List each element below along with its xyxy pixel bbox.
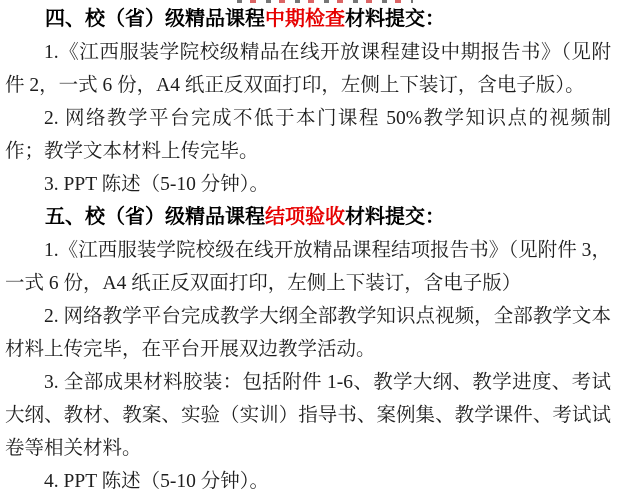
heading-highlight-midterm: 中期检查 bbox=[265, 8, 345, 30]
section-final-acceptance: 五、校（省）级精品课程结项验收材料提交： 1.《江西服装学院校级在线开放精品课程… bbox=[5, 201, 611, 498]
paragraph-midterm-item-3: 3. PPT 陈述（5-10 分钟）。 bbox=[5, 168, 611, 201]
paragraph-final-item-1: 1.《江西服装学院校级在线开放精品课程结项报告书》（见附件 3，一式 6 份，A… bbox=[5, 234, 611, 300]
section-midterm-review: 四、校（省）级精品课程中期检查材料提交： 1.《江西服装学院校级精品在线开放课程… bbox=[5, 3, 611, 201]
document-page: { "page": { "background": "#ffffff", "bo… bbox=[0, 0, 617, 504]
heading-text-prefix: 四、校（省）级精品课程 bbox=[45, 8, 265, 30]
heading-text-suffix: 材料提交： bbox=[345, 206, 445, 228]
cropped-text-remnant bbox=[237, 0, 413, 3]
document-body: 四、校（省）级精品课程中期检查材料提交： 1.《江西服装学院校级精品在线开放课程… bbox=[0, 0, 617, 504]
paragraph-final-item-3: 3. 全部成果材料胶装：包括附件 1-6、教学大纲、教学进度、考试大纲、教材、教… bbox=[5, 366, 611, 465]
heading-text-prefix: 五、校（省）级精品课程 bbox=[45, 206, 265, 228]
paragraph-final-item-2: 2. 网络教学平台完成教学大纲全部教学知识点视频，全部教学文本材料上传完毕，在平… bbox=[5, 300, 611, 366]
heading-highlight-final: 结项验收 bbox=[265, 206, 345, 228]
heading-text-suffix: 材料提交： bbox=[345, 8, 445, 30]
paragraph-midterm-item-2: 2. 网络教学平台完成不低于本门课程 50%教学知识点的视频制作；教学文本材料上… bbox=[5, 102, 611, 168]
section-midterm-heading: 四、校（省）级精品课程中期检查材料提交： bbox=[5, 3, 611, 36]
paragraph-final-item-4: 4. PPT 陈述（5-10 分钟）。 bbox=[5, 465, 611, 498]
paragraph-midterm-item-1: 1.《江西服装学院校级精品在线开放课程建设中期报告书》（见附件 2，一式 6 份… bbox=[5, 36, 611, 102]
section-final-heading: 五、校（省）级精品课程结项验收材料提交： bbox=[5, 201, 611, 234]
